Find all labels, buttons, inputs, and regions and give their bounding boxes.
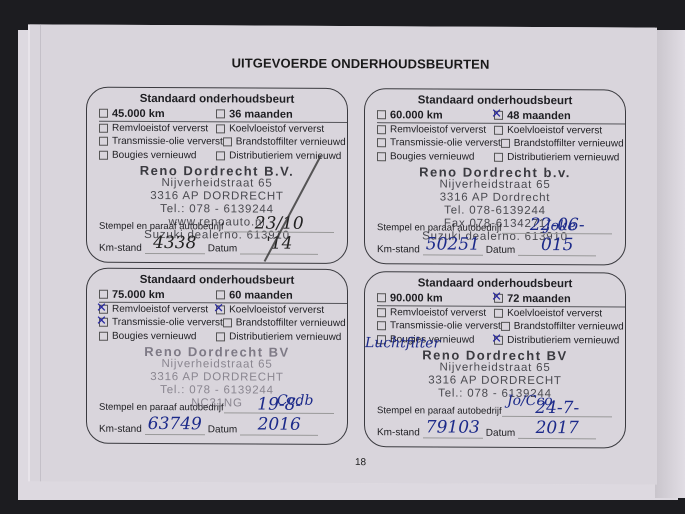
checklist-item: Distributieriem vernieuwd — [494, 335, 619, 347]
checklist-item: Bougies vernieuwd — [99, 149, 216, 161]
checklist-label: Transmissie-olie ververst — [390, 137, 501, 149]
checklist-label: Remvloeistof ververst — [112, 123, 208, 135]
checkbox[interactable] — [377, 125, 386, 134]
checklist-label: Koelvloeistof ververst — [507, 125, 602, 136]
checklist-row: Transmissie-olie ververstBrandstoffilter… — [99, 135, 343, 150]
checklist-item: Bougies vernieuwd — [99, 330, 216, 342]
checkbox[interactable] — [494, 153, 503, 162]
checklist-item: Distributieriem vernieuwd — [494, 152, 619, 164]
checklist-row: Remvloeistof ververstKoelvloeistof verve… — [377, 123, 621, 138]
card-heading: Standaard onderhoudsbeurt — [87, 93, 347, 108]
months-interval: 72 maanden — [494, 293, 616, 306]
checklist-row: Transmissie-olie ververstBrandstoffilter… — [377, 136, 621, 151]
checklist-item: Bougies vernieuwd — [377, 151, 494, 163]
km-date-row: Km-stand 79103 Datum 24-7-2017 — [377, 397, 596, 439]
checklist-item: Koelvloeistof ververst — [216, 304, 338, 316]
km-value[interactable]: 4338 — [145, 233, 205, 254]
date-label: Datum — [208, 424, 237, 435]
stamp-line: Nijverheidstraat 65 — [87, 358, 347, 372]
checklist-label: Transmissie-olie ververst — [112, 136, 223, 148]
checkbox[interactable] — [99, 290, 108, 299]
checkbox[interactable] — [377, 138, 386, 147]
checkbox[interactable] — [99, 123, 108, 132]
checklist-row: Remvloeistof ververstKoelvloeistof verve… — [377, 306, 621, 321]
checklist-item: Brandstoffilter vernieuwd — [501, 321, 624, 333]
checkbox[interactable] — [494, 111, 503, 120]
checklist-label: Distributieriem vernieuwd — [507, 335, 619, 347]
page-title: UITGEVOERDE ONDERHOUDSBEURTEN — [30, 54, 657, 72]
checkbox[interactable] — [377, 152, 386, 161]
checklist-row: Remvloeistof ververstKoelvloeistof verve… — [99, 121, 343, 136]
checklist-item: Transmissie-olie ververst — [99, 317, 223, 329]
checklist-label: Remvloeistof ververst — [390, 307, 486, 319]
stamp-line: Nijverheidstraat 65 — [365, 361, 625, 375]
stamp-line: 3316 AP Dordrecht — [365, 191, 625, 205]
booklet-page: UITGEVOERDE ONDERHOUDSBEURTEN Standaard … — [30, 24, 657, 484]
interval-row: 60.000 km 48 maanden — [377, 108, 625, 124]
card-heading: Standaard onderhoudsbeurt — [87, 274, 347, 289]
checklist-item: Brandstoffilter vernieuwd — [501, 138, 624, 150]
stamp-line: Nijverheidstraat 65 — [365, 178, 625, 192]
maintenance-card-3: Standaard onderhoudsbeurt 75.000 km 60 m… — [86, 268, 348, 445]
checklist-row: Remvloeistof ververstKoelvloeistof verve… — [99, 302, 343, 317]
checkbox[interactable] — [216, 332, 225, 341]
dealer-stamp: Reno Dordrecht BVNijverheidstraat 653316… — [365, 348, 625, 401]
checklist-item: Remvloeistof ververst — [99, 122, 216, 134]
checklist-label: Distributieriem vernieuwd — [229, 331, 341, 343]
checkbox[interactable] — [216, 291, 225, 300]
checklist-label: Koelvloeistof ververst — [229, 123, 324, 134]
checklist-item: Brandstoffilter vernieuwd — [223, 137, 346, 149]
page-number: 18 — [30, 455, 657, 469]
months-interval: 36 maanden — [216, 108, 338, 121]
checkbox[interactable] — [223, 138, 232, 147]
interval-row: 45.000 km 36 maanden — [99, 107, 347, 123]
checklist-row: Bougies vernieuwdDistributieriem vernieu… — [377, 150, 621, 165]
checkbox[interactable] — [377, 293, 386, 302]
checkbox[interactable] — [216, 305, 225, 314]
checklist-label: Brandstoffilter vernieuwd — [236, 137, 346, 149]
checklist-item: Remvloeistof ververst — [377, 307, 494, 319]
checklist-label: Brandstoffilter vernieuwd — [236, 318, 346, 330]
stamp-line: 3316 AP DORDRECHT — [87, 371, 347, 385]
checklist-item: Koelvloeistof ververst — [494, 125, 616, 137]
checkbox[interactable] — [494, 294, 503, 303]
checklist-label: Bougies vernieuwd — [112, 331, 197, 342]
km-interval: 60.000 km — [377, 109, 494, 122]
checkbox[interactable] — [99, 137, 108, 146]
checkbox[interactable] — [216, 151, 225, 160]
checklist-label: Brandstoffilter vernieuwd — [514, 138, 624, 150]
checklist-label: Koelvloeistof ververst — [229, 304, 324, 315]
checklist-label: Koelvloeistof ververst — [507, 308, 602, 319]
km-interval: 90.000 km — [377, 292, 494, 305]
checklist-item: Brandstoffilter vernieuwd — [223, 318, 346, 330]
checklist-label: Remvloeistof ververst — [112, 304, 208, 316]
checklist-item: Transmissie-olie ververst — [377, 137, 501, 149]
checkbox[interactable] — [223, 319, 232, 328]
checklist-item: Remvloeistof ververst — [99, 303, 216, 315]
checklist-row: Bougies vernieuwdDistributieriem vernieu… — [99, 329, 343, 344]
km-value[interactable]: 79103 — [423, 417, 483, 438]
checklist-label: Transmissie-olie ververst — [390, 320, 501, 332]
km-value[interactable]: 50251 — [423, 234, 483, 255]
checkbox[interactable] — [501, 139, 510, 148]
date-label: Datum — [486, 428, 515, 439]
km-interval: 45.000 km — [99, 107, 216, 120]
checklist-item: Koelvloeistof ververst — [494, 308, 616, 320]
checklist-item: Koelvloeistof ververst — [216, 123, 338, 135]
km-label: Km-stand — [377, 427, 420, 438]
km-label: Km-stand — [377, 244, 420, 255]
checklist-item: Transmissie-olie ververst — [377, 320, 501, 332]
paraaf-signature: Joke — [545, 218, 576, 234]
checkbox[interactable] — [494, 336, 503, 345]
km-interval: 75.000 km — [99, 288, 216, 301]
months-interval: 48 maanden — [494, 110, 616, 123]
stamp-firm-name: Reno Dordrecht BV — [87, 345, 347, 359]
maintenance-card-2: Standaard onderhoudsbeurt 60.000 km 48 m… — [364, 88, 626, 265]
date-label: Datum — [486, 245, 515, 256]
stamp-line: 3316 AP DORDRECHT — [365, 374, 625, 388]
checkbox[interactable] — [377, 110, 386, 119]
stamp-line: 3316 AP DORDRECHT — [87, 190, 347, 204]
checklist-item: Distributieriem vernieuwd — [216, 331, 341, 343]
checkbox[interactable] — [216, 124, 225, 133]
checkbox[interactable] — [377, 321, 386, 330]
checklist-item: Remvloeistof ververst — [377, 124, 494, 136]
checkbox[interactable] — [99, 331, 108, 340]
checklist-label: Distributieriem vernieuwd — [229, 150, 341, 162]
checkbox[interactable] — [494, 309, 503, 318]
paraaf-signature: Ccdb — [277, 393, 313, 409]
km-label: Km-stand — [99, 243, 142, 254]
checklist-row: Transmissie-olie ververstBrandstoffilter… — [99, 316, 343, 331]
km-value[interactable]: 63749 — [145, 414, 205, 435]
checklist-item: Transmissie-olie ververst — [99, 136, 223, 148]
checklist-label: Brandstoffilter vernieuwd — [514, 321, 624, 333]
checklist-label: Bougies vernieuwd — [112, 150, 197, 161]
date-label: Datum — [208, 243, 237, 254]
checklist-label: Remvloeistof ververst — [390, 124, 486, 136]
facing-page-edge — [655, 30, 685, 498]
stamp-firm-name: Reno Dordrecht b.v. — [365, 165, 625, 179]
checkbox[interactable] — [377, 308, 386, 317]
checkbox[interactable] — [99, 150, 108, 159]
checkbox[interactable] — [99, 318, 108, 327]
checkbox[interactable] — [216, 110, 225, 119]
checkbox[interactable] — [494, 126, 503, 135]
maintenance-card-4: Standaard onderhoudsbeurt 90.000 km 72 m… — [364, 271, 626, 448]
checklist-label: Transmissie-olie ververst — [112, 317, 223, 329]
paraaf-signature: Jo/Cco — [507, 393, 553, 409]
checklist-label: Distributieriem vernieuwd — [507, 152, 619, 164]
handwritten-note: Luchtfilter — [365, 335, 440, 351]
checklist-row: Bougies vernieuwdDistributieriem vernieu… — [99, 148, 343, 163]
checkbox[interactable] — [99, 109, 108, 118]
km-label: Km-stand — [99, 424, 142, 435]
interval-row: 90.000 km 72 maanden — [377, 291, 625, 307]
checklist-label: Bougies vernieuwd — [390, 151, 475, 162]
months-interval: 60 maanden — [216, 289, 338, 302]
checklist-item: Distributieriem vernieuwd — [216, 150, 341, 162]
checkbox[interactable] — [501, 322, 510, 331]
